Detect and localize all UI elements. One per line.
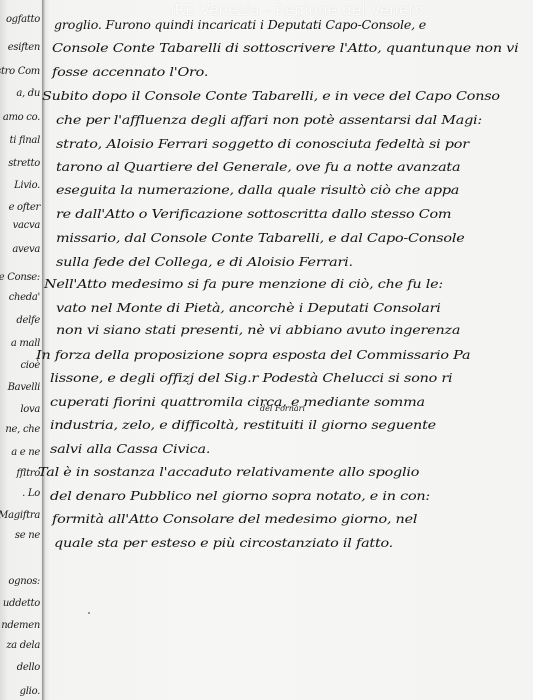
- manuscript-line: In forza della proposizione sopra espost…: [36, 347, 470, 362]
- watermark: IRE Venezia - Regione del Veneto: [170, 1, 424, 19]
- margin-fragment: stro Com: [0, 66, 40, 77]
- manuscript-line: eseguita la numerazione, dalla quale ris…: [56, 182, 459, 197]
- margin-fragment: ogfatto: [6, 14, 40, 25]
- margin-fragment: a, du: [16, 88, 40, 99]
- manuscript-line: vato nel Monte di Pietà, ancorchè i Depu…: [56, 300, 441, 315]
- margin-fragment: ffltro: [16, 468, 40, 479]
- margin-fragment: Livio.: [14, 180, 40, 191]
- margin-fragment: ti final: [10, 135, 41, 146]
- margin-fragment: stretto: [8, 158, 40, 169]
- manuscript-line: industria, zelo, e difficoltà, restituit…: [50, 417, 436, 432]
- manuscript-line: Console Conte Tabarelli di sottoscrivere…: [52, 40, 518, 55]
- manuscript-line: strato, Aloisio Ferrari soggetto di cono…: [56, 136, 469, 151]
- margin-fragment: glio.: [20, 686, 40, 697]
- margin-fragment: uddetto: [3, 598, 40, 609]
- manuscript-line: sulla fede del Collega, e di Aloisio Fer…: [56, 254, 353, 269]
- margin-fragment: esiften: [8, 42, 40, 53]
- manuscript-line: Nell'Atto medesimo si fa pure menzione d…: [44, 276, 443, 291]
- manuscript-line: fosse accennato l'Oro.: [52, 64, 208, 79]
- margin-fragment: dello: [17, 662, 40, 673]
- margin-fragment: ne, che: [5, 424, 40, 435]
- margin-fragment: . Lo: [22, 488, 40, 499]
- right-page: groglio. Furono quindi incaricati i Depu…: [46, 0, 533, 700]
- margin-fragment: Magiftra: [0, 510, 40, 521]
- margin-fragment: a e ne: [11, 447, 40, 458]
- margin-fragment: e ofter: [9, 202, 40, 213]
- margin-fragment: za dela: [6, 640, 40, 651]
- manuscript-line: tarono al Quartiere del Generale, ove fu…: [56, 159, 460, 174]
- manuscript-line: Tal è in sostanza l'accaduto relativamen…: [38, 464, 419, 479]
- manuscript-line: formità all'Atto Consolare del medesimo …: [52, 511, 417, 526]
- manuscript-line: quale sta per esteso e più circostanziat…: [54, 535, 393, 550]
- manuscript-line: groglio. Furono quindi incaricati i Depu…: [54, 17, 529, 32]
- manuscript-line: cuperati fiorini quattromila circa, e me…: [50, 394, 425, 409]
- margin-fragment: aveva: [12, 244, 40, 255]
- margin-fragment: e Conse:: [0, 272, 40, 283]
- margin-fragment: lova: [20, 404, 40, 415]
- margin-fragment: se ne: [15, 530, 40, 541]
- margin-fragment: Bavelli: [8, 382, 40, 393]
- manuscript-line: salvi alla Cassa Civica.: [50, 441, 210, 456]
- manuscript-line: Subito dopo il Console Conte Tabarelli, …: [42, 88, 500, 103]
- manuscript-line: del denaro Pubblico nel giorno sopra not…: [50, 488, 430, 503]
- manuscript-line: non vi siano stati presenti, nè vi abbia…: [56, 322, 460, 337]
- margin-fragment: delfe: [16, 315, 40, 326]
- paper-speck: [88, 612, 90, 614]
- margin-fragment: ndemen: [1, 620, 40, 631]
- manuscript-line: che per l'affluenza degli affari non pot…: [56, 112, 482, 127]
- manuscript-line: missario, dal Console Conte Tabarelli, e…: [56, 230, 465, 245]
- margin-fragment: ognos:: [8, 576, 40, 587]
- interlinear-note: del Fornari: [260, 404, 305, 413]
- manuscript-line: lissone, e degli offizj del Sig.r Podest…: [50, 370, 452, 385]
- manuscript-line: re dall'Atto o Verificazione sottoscritt…: [56, 206, 451, 221]
- margin-fragment: cheda': [9, 292, 40, 303]
- margin-fragment: vacva: [13, 220, 40, 231]
- margin-fragment: amo co.: [3, 112, 40, 123]
- manuscript-scan: ogfatto esiften stro Com a, du amo co. t…: [0, 0, 533, 700]
